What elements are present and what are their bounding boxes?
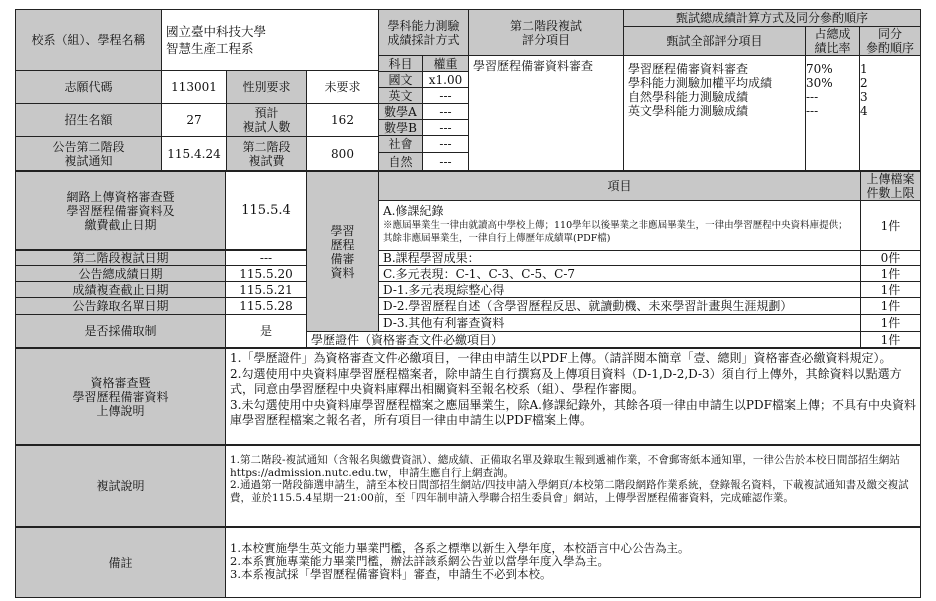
score-date-label: 公告總成績日期: [15, 265, 226, 282]
score-date-value: 115.5.20: [225, 265, 307, 282]
scoring-ratio: ---: [806, 90, 818, 104]
exam-method-label: 學科能力測驗 成績採計方式: [378, 9, 469, 56]
subject-chinese: 國文: [378, 71, 423, 88]
interview-notes-text: 1.第二階段-複試通知（含報名與繳費資訊）、總成績、正備取名單及錄取生報到遞補作…: [225, 444, 921, 527]
remarks-text: 1.本校實施學生英文能力畢業門檻，各系之標準以新生入學年度，本校語言中心公告為主…: [225, 526, 921, 598]
scoring-item: 學習歷程備審資料審查: [628, 62, 748, 76]
portfolio-cert-limit: 1件: [860, 331, 921, 348]
portfolio-item-d1: D-1.多元表現綜整心得: [378, 281, 861, 298]
stage2-item: 學習歷程備審資料審查: [468, 55, 624, 171]
weight-social: ---: [422, 135, 469, 153]
portfolio-a-title: A.修課紀錄: [383, 204, 856, 219]
scoring-order: 1: [860, 62, 868, 76]
scoring-item: 自然學科能力測驗成績: [628, 90, 748, 104]
code-value: 113001: [161, 70, 227, 104]
total-calc-label: 甄試總成績計算方式及同分參酌順序: [623, 9, 921, 27]
quota-value: 27: [161, 103, 227, 137]
gender-label: 性別要求: [226, 70, 307, 104]
notice-label: 公告第二階段 複試通知: [15, 136, 162, 171]
subject-math-b: 數學B: [378, 119, 423, 136]
expected-label: 預計 複試人數: [226, 103, 307, 137]
portfolio-limit-header: 上傳檔案 件數上限: [860, 170, 921, 201]
admit-date-label: 公告錄取名單日期: [15, 297, 226, 315]
weight-chinese: x1.00: [422, 71, 469, 88]
admit-date-value: 115.5.28: [225, 297, 307, 315]
fee-label: 第二階段 複試費: [226, 136, 307, 171]
scoring-items: 學習歷程備審資料審查 學科能力測驗加權平均成績 自然學科能力測驗成績 英文學科能…: [623, 55, 806, 171]
weight-science: ---: [422, 152, 469, 171]
recheck-value: 115.5.21: [225, 281, 307, 298]
ratio-label: 占總成 績比率: [805, 26, 860, 56]
gender-value: 未要求: [306, 70, 379, 104]
portfolio-d2-limit: 1件: [860, 297, 921, 315]
portfolio-side-label: 學習 歷程 備審 資料: [306, 170, 379, 332]
school-name: 國立臺中科技大學: [166, 23, 266, 40]
upload-notes-label: 資格審查暨 學習歷程備審資料 上傳說明: [15, 347, 226, 445]
interview-notes-label: 複試說明: [15, 444, 226, 527]
code-label: 志願代碼: [15, 70, 162, 104]
portfolio-d1-limit: 1件: [860, 281, 921, 298]
scoring-item: 英文學科能力測驗成績: [628, 104, 748, 118]
quota-label: 招生名額: [15, 103, 162, 137]
upload-deadline-label: 網路上傳資格審查暨 學習歷程備審資料及 繳費截止日期: [15, 170, 226, 250]
interview-date-label: 第二階段複試日期: [15, 250, 226, 266]
portfolio-a-limit: 1件: [860, 200, 921, 251]
notice-value: 115.4.24: [161, 136, 227, 171]
portfolio-d3-limit: 1件: [860, 314, 921, 332]
subject-science: 自然: [378, 152, 423, 171]
tie-order-label: 同分 參酌順序: [859, 26, 921, 56]
subject-header: 科目: [378, 55, 423, 72]
portfolio-item-b: B.課程學習成果：: [378, 250, 861, 266]
subject-social: 社會: [378, 135, 423, 153]
portfolio-c-limit: 1件: [860, 265, 921, 282]
scoring-order: 3: [860, 90, 868, 104]
scoring-ratio: ---: [806, 104, 818, 118]
portfolio-item-d2: D-2.學習歷程自述（含學習歷程反思、就讀動機、未來學習計畫與生涯規劃）: [378, 297, 861, 315]
portfolio-item-c: C.多元表現：C-1、C-3、C-5、C-7: [378, 265, 861, 282]
scoring-orders: 1 2 3 4: [859, 55, 921, 171]
scoring-order: 4: [860, 104, 868, 118]
all-items-label: 甄試全部評分項目: [623, 26, 806, 56]
subject-math-a: 數學A: [378, 103, 423, 120]
portfolio-a-note: ※應屆畢業生一律由就讀高中學校上傳；110學年以後畢業之非應屆畢業生，一律由學習…: [383, 219, 856, 245]
portfolio-item-a: A.修課紀錄 ※應屆畢業生一律由就讀高中學校上傳；110學年以後畢業之非應屆畢業…: [378, 200, 861, 251]
scoring-ratios: 70% 30% --- ---: [805, 55, 860, 171]
weight-math-a: ---: [422, 103, 469, 120]
school-name-cell: 國立臺中科技大學 智慧生產工程系: [161, 9, 379, 71]
recheck-label: 成績複查截止日期: [15, 281, 226, 298]
stage2-items-label: 第二階段複試 評分項目: [468, 9, 624, 56]
upload-deadline-value: 115.5.4: [225, 170, 307, 250]
weight-english: ---: [422, 87, 469, 104]
upload-notes-text: 1.「學歷證件」為資格審查文件必繳項目，一律由申請生以PDF上傳。（請詳閱本簡章…: [225, 347, 921, 445]
portfolio-item-cert: 學歷證件（資格審查文件必繳項目）: [306, 331, 861, 348]
portfolio-item-header: 項目: [378, 170, 861, 201]
waitlist-label: 是否採備取制: [15, 314, 226, 348]
scoring-order: 2: [860, 76, 868, 90]
waitlist-value: 是: [225, 314, 307, 348]
fee-value: 800: [306, 136, 379, 171]
scoring-ratio: 70%: [806, 62, 833, 76]
portfolio-b-limit: 0件: [860, 250, 921, 266]
scoring-ratio: 30%: [806, 76, 833, 90]
weight-math-b: ---: [422, 119, 469, 136]
expected-value: 162: [306, 103, 379, 137]
subject-english: 英文: [378, 87, 423, 104]
dept-name: 智慧生產工程系: [166, 40, 254, 57]
remarks-label: 備註: [15, 526, 226, 598]
scoring-item: 學科能力測驗加權平均成績: [628, 76, 772, 90]
portfolio-item-d3: D-3.其他有利審查資料: [378, 314, 861, 332]
school-label: 校系（組）、學程名稱: [15, 9, 162, 71]
weight-header: 權重: [422, 55, 469, 72]
interview-date-value: ---: [225, 250, 307, 266]
